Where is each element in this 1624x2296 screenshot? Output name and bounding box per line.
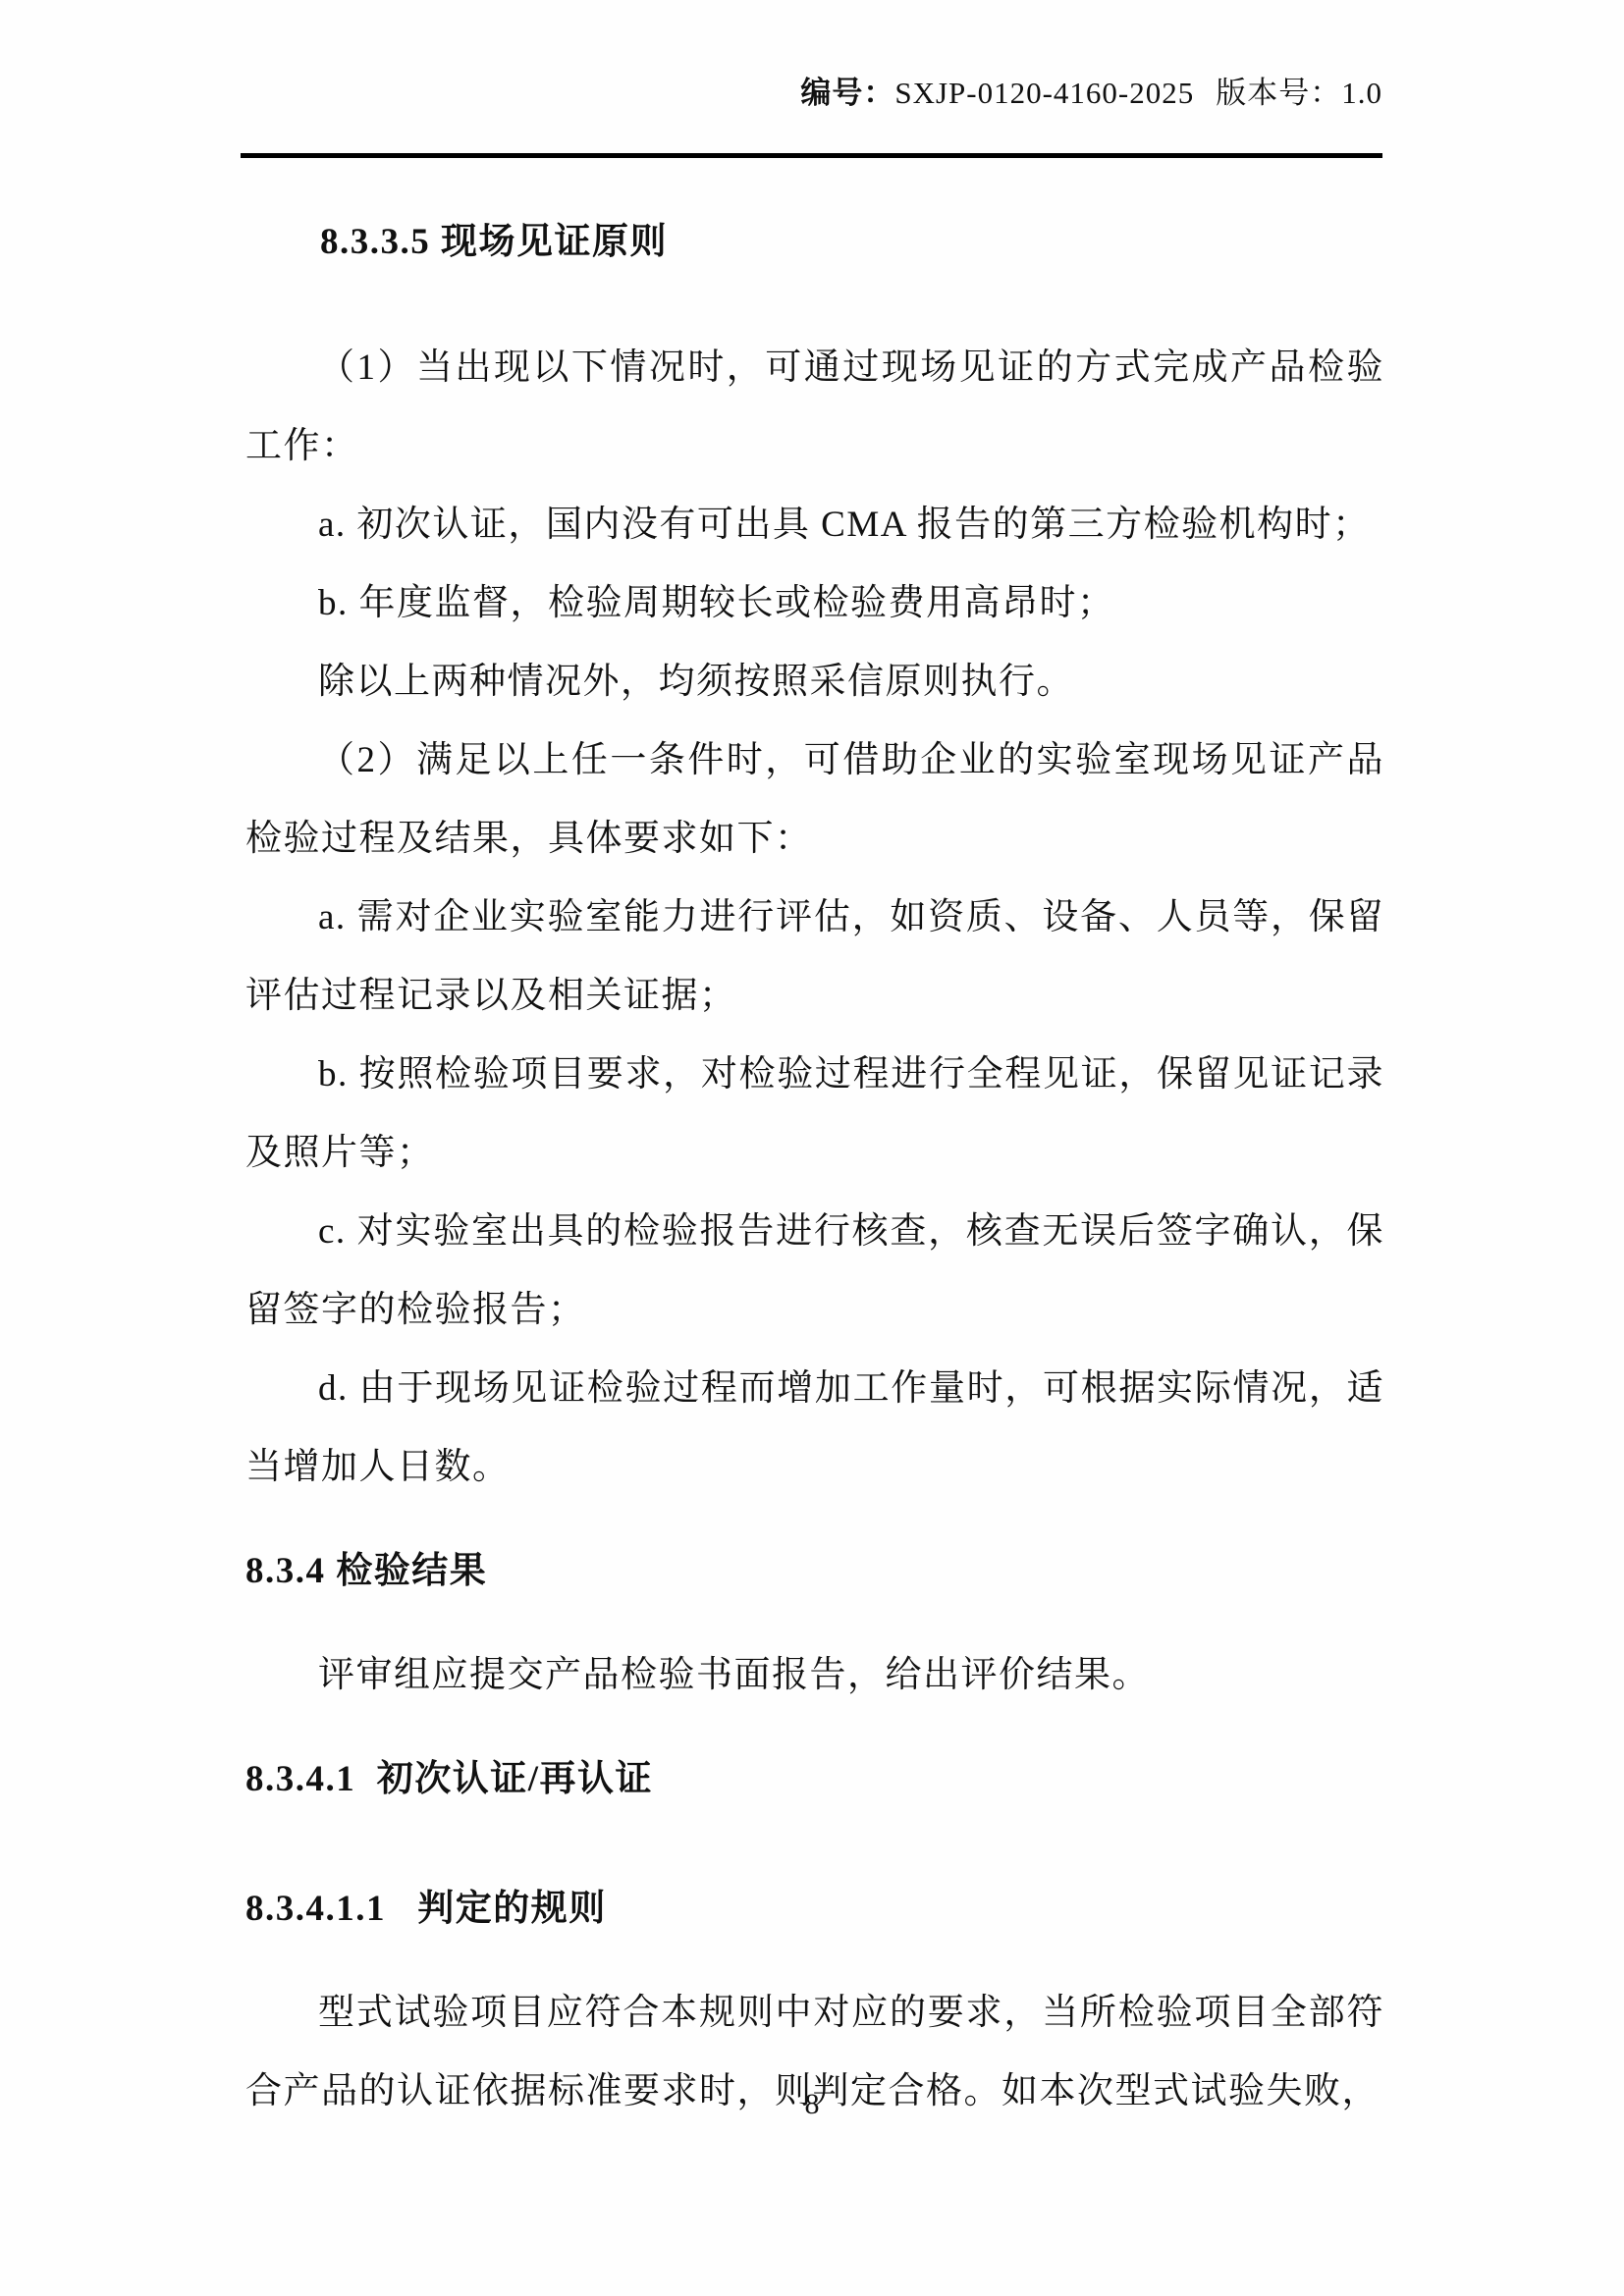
doc-code-value: SXJP-0120-4160-2025 bbox=[894, 76, 1194, 110]
body-paragraph: c. 对实验室出具的检验报告进行核查，核查无误后签字确认，保留签字的检验报告； bbox=[245, 1193, 1384, 1350]
body-paragraph: a. 需对企业实验室能力进行评估，如资质、设备、人员等，保留评估过程记录以及相关… bbox=[245, 879, 1384, 1036]
section-heading-8-3-4: 8.3.4 检验结果 bbox=[245, 1532, 1384, 1611]
body-paragraph: （1）当出现以下情况时，可通过现场见证的方式完成产品检验工作： bbox=[245, 329, 1384, 486]
body-paragraph: b. 按照检验项目要求，对检验过程进行全程见证，保留见证记录及照片等； bbox=[245, 1036, 1384, 1193]
doc-version-value: 1.0 bbox=[1341, 76, 1382, 110]
document-page: 编号：SXJP-0120-4160-2025版本号：1.0 8.3.3.5 现场… bbox=[0, 0, 1624, 2296]
doc-code-label: 编号： bbox=[800, 76, 894, 110]
page-header: 编号：SXJP-0120-4160-2025版本号：1.0 bbox=[800, 75, 1382, 112]
body-paragraph: 评审组应提交产品检验书面报告，给出评价结果。 bbox=[245, 1636, 1384, 1715]
body-paragraph: b. 年度监督，检验周期较长或检验费用高昂时； bbox=[245, 564, 1384, 643]
section-heading-8-3-3-5: 8.3.3.5 现场见证原则 bbox=[245, 203, 1459, 282]
body-paragraph: （2）满足以上任一条件时，可借助企业的实验室现场见证产品检验过程及结果，具体要求… bbox=[245, 721, 1384, 879]
page-number: 8 bbox=[0, 2083, 1624, 2126]
body-paragraph: d. 由于现场见证检验过程而增加工作量时，可根据实际情况，适当增加人日数。 bbox=[245, 1350, 1384, 1507]
body-paragraph: 除以上两种情况外，均须按照采信原则执行。 bbox=[245, 643, 1384, 721]
header-divider bbox=[241, 153, 1382, 158]
doc-version-label: 版本号： bbox=[1216, 76, 1341, 110]
section-heading-8-3-4-1: 8.3.4.1 初次认证/再认证 bbox=[245, 1740, 1384, 1819]
body-paragraph: a. 初次认证，国内没有可出具 CMA 报告的第三方检验机构时； bbox=[245, 486, 1384, 564]
document-body: 8.3.3.5 现场见证原则 （1）当出现以下情况时，可通过现场见证的方式完成产… bbox=[245, 203, 1384, 2131]
section-heading-8-3-4-1-1: 8.3.4.1.1 判定的规则 bbox=[245, 1870, 1384, 1949]
